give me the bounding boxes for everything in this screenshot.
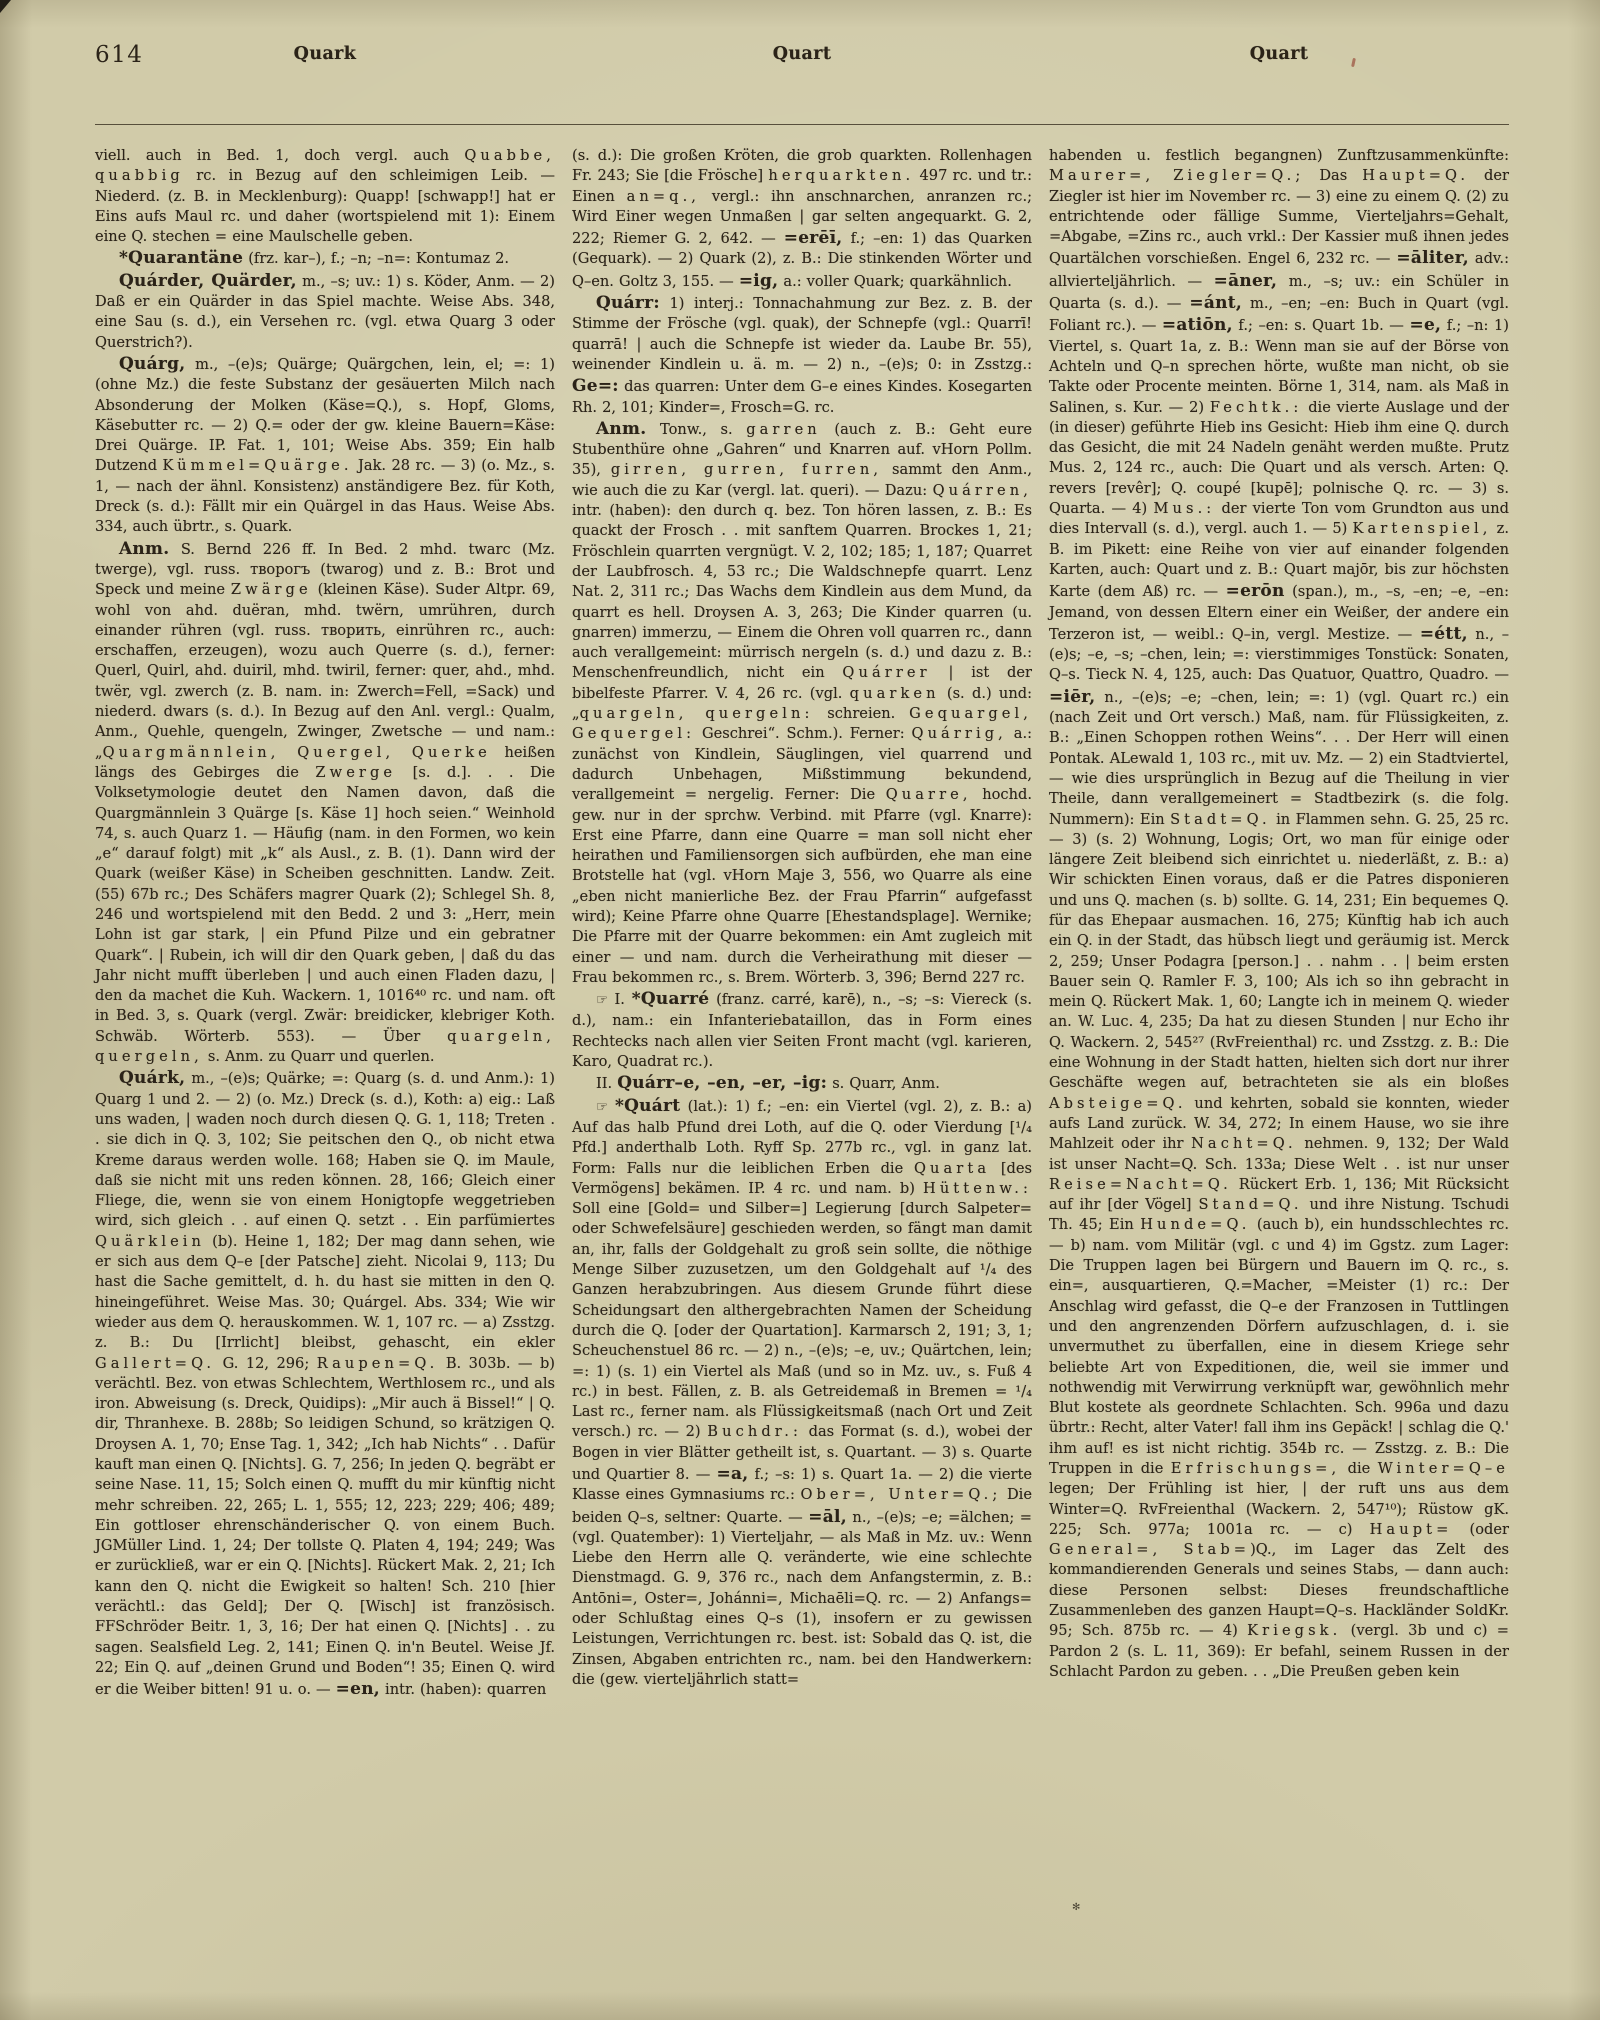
letterspaced-emphasis: Maurer=, Ziegler=Q.; (1049, 167, 1304, 184)
text-run: schreien. (813, 705, 909, 722)
text-run: die (1340, 1460, 1377, 1477)
headword: Quárg, (119, 353, 185, 373)
scan-corner-artifact (0, 0, 11, 13)
letterspaced-emphasis: Quärklein (95, 1233, 205, 1250)
headword: =atiōn, (1162, 314, 1233, 334)
text-run: a.: voller Quark; quarkähnlich. (778, 273, 1012, 290)
paragraph: II. Quárr–e, –en, –er, –ig: s. Quarr, An… (572, 1072, 1032, 1094)
letterspaced-emphasis: Raupen=Q. (317, 1355, 439, 1372)
letterspaced-emphasis: Absteige=Q. (1049, 1095, 1187, 1112)
headword: Quárr: (596, 292, 660, 312)
letterspaced-emphasis: herquarkten. (768, 167, 914, 184)
pointer-hand-icon: ☞ (596, 993, 614, 1008)
headword: Quárder, Quärder, (119, 270, 297, 290)
running-head-col2: Quart (572, 44, 1032, 70)
letterspaced-emphasis: Nacht=Q. (1191, 1135, 1297, 1152)
letterspaced-emphasis: Kartenspiel, (1353, 520, 1492, 537)
headword: Quárr–e, –en, –er, –ig: (617, 1072, 827, 1092)
letterspaced-emphasis: Haupt= (1370, 1521, 1453, 1538)
text-run: II. (596, 1075, 617, 1092)
text-run: Soll eine [Gold= und Silber=] Legierung … (572, 1200, 1032, 1440)
page-header: 614 Quark Quart Quart (95, 44, 1509, 70)
letterspaced-emphasis: quargeln, quergeln: (580, 705, 814, 722)
letterspaced-emphasis: Quárrer (842, 664, 930, 681)
dictionary-scan-page: 614 Quark Quart Quart viell. auch in Bed… (0, 0, 1600, 2020)
headword: =ig, (739, 270, 779, 290)
headword: =ánt, (1189, 292, 1242, 312)
paragraph: Anm. S. Bernd 226 ff. In Bed. 2 mhd. twa… (95, 538, 555, 1068)
headword: Anm. (596, 418, 646, 438)
letterspaced-emphasis: Quargmännlein, Quergel, Querke (103, 744, 491, 761)
text-run: (b). Heine 1, 182; Der mag dann sehen, w… (95, 1233, 555, 1351)
paragraph: habenden u. festlich begangnen) Zunftzus… (1049, 146, 1509, 1682)
text-run: B. 303b. — b) verächtl. Bez. von etwas S… (95, 1355, 555, 1699)
letterspaced-emphasis: Winter=Q–e (1378, 1460, 1509, 1477)
printers-mark: ✻ (1072, 1902, 1080, 1913)
letterspaced-emphasis: Quarta (914, 1160, 990, 1177)
running-heads: Quark Quart Quart (95, 44, 1509, 70)
text-run: intr. (haben): den durch q. bez. Ton hör… (572, 502, 1032, 681)
column-2: (s. d.): Die großen Kröten, die grob qua… (572, 146, 1032, 1690)
text-run: das quarren: Unter dem G–e eines Kindes.… (572, 378, 1032, 415)
paragraph: viell. auch in Bed. 1, doch vergl. auch … (95, 146, 555, 247)
letterspaced-emphasis: an=q., (627, 188, 700, 205)
text-run: n., –(e)s; –e; =älchen; = (vgl. Quatembe… (572, 1509, 1032, 1688)
text-run: G. 12, 296; (215, 1355, 317, 1372)
headword: Ge=: (572, 375, 619, 395)
letterspaced-emphasis: Zwerge (315, 764, 396, 781)
text-run: (kleinen Käse). Suder Altpr. 69, wohl vo… (95, 581, 555, 760)
headword: =iēr, (1049, 686, 1095, 706)
letterspaced-emphasis: Haupt=Q. (1362, 167, 1469, 184)
text-run: viell. auch in Bed. 1, doch vergl. auch (95, 147, 464, 164)
letterspaced-emphasis: Quarre, (886, 786, 972, 803)
paragraph: Quárg, m., –(e)s; Quärge; Quärgchen, lei… (95, 353, 555, 538)
text-run: s. Anm. zu Quarr und querlen. (203, 1048, 435, 1065)
headword: =āl, (808, 1506, 847, 1526)
letterspaced-emphasis: Kümmel=Quärge. (162, 457, 352, 474)
text-run: I. (614, 991, 631, 1008)
headword: =erēī, (784, 227, 843, 247)
letterspaced-emphasis: Fechtk.: (1210, 399, 1303, 416)
headword: Quárk, (119, 1067, 185, 1087)
letterspaced-emphasis: Quárrig, (912, 725, 1007, 742)
letterspaced-emphasis: Quárren, (933, 482, 1032, 499)
paragraph: ☞ *Quárt (lat.): 1) f.; –en: ein Viertel… (572, 1095, 1032, 1691)
running-head-col3: Quart (1049, 44, 1509, 70)
headword: =a, (716, 1463, 748, 1483)
headword: Anm. (119, 538, 169, 558)
paragraph: ☞ I. *Quarré (franz. carré, karē), n., –… (572, 988, 1032, 1072)
letterspaced-emphasis: garren (746, 421, 821, 438)
headword: *Quarré (632, 988, 710, 1008)
column-1: viell. auch in Bed. 1, doch vergl. auch … (95, 146, 555, 1701)
letterspaced-emphasis: Stand=Q. (1198, 1196, 1302, 1213)
paragraph: Quárk, m., –(e)s; Quärke; =: Quarg (s. d… (95, 1067, 555, 1700)
headword: =āliter, (1396, 247, 1469, 267)
text-run: intr. (haben): quarren (380, 1681, 546, 1698)
letterspaced-emphasis: Reise=Nacht=Q. (1049, 1176, 1232, 1193)
text-run: habenden u. festlich begangnen) Zunftzus… (1049, 147, 1509, 164)
text-run: f.; –en: s. Quart 1b. — (1233, 317, 1410, 334)
paragraph: Quárr: 1) interj.: Tonnachahmung zur Bez… (572, 292, 1032, 418)
letterspaced-emphasis: Gallert=Q. (95, 1355, 215, 1372)
text-run: m., –(e)s; Quärke; =: Quarg (s. d. und A… (95, 1070, 555, 1229)
letterspaced-emphasis: Kriegsk. (1247, 1622, 1341, 1639)
letterspaced-emphasis: General=, Stab= (1049, 1541, 1250, 1558)
text-run: in Flammen sehn. G. 25, 25 rc. — 3) (s. … (1049, 811, 1509, 1092)
headword: =étt, (1420, 623, 1468, 643)
letterspaced-emphasis: Stadt=Q. (1170, 811, 1271, 828)
paragraph: Quárder, Quärder, m., –s; uv.: 1) s. Köd… (95, 270, 555, 353)
text-run: Geschrei“. Schm.). Ferner: (695, 725, 911, 742)
text-run: hochd. gew. nur in der sprchw. Verbind. … (572, 786, 1032, 986)
letterspaced-emphasis: Hunde=Q. (1140, 1216, 1250, 1233)
letterspaced-emphasis: Zwärge (231, 581, 312, 598)
headword: *Quarantäne (119, 247, 243, 267)
paragraph: (s. d.): Die großen Kröten, die grob qua… (572, 146, 1032, 292)
pointer-hand-icon: ☞ (596, 1100, 615, 1115)
paragraph: *Quarantäne (frz. kar–), f.; –n; –n=: Ko… (95, 247, 555, 269)
text-run: Das (1304, 167, 1362, 184)
letterspaced-emphasis: Ober=, Unter=Q.; (800, 1486, 1001, 1503)
letterspaced-emphasis: Buchdr.: (707, 1423, 802, 1440)
text-run: (frz. kar–), f.; –n; –n=: Kontumaz 2. (243, 250, 509, 267)
paragraph: Anm. Tonw., s. garren (auch z. B.: Geht … (572, 418, 1032, 988)
headword: =erōn (1226, 580, 1285, 600)
headword: *Quárt (615, 1095, 680, 1115)
text-run: Tonw., s. (646, 421, 746, 438)
text-run: n., –(e)s; –e; –chen, lein; =: 1) (vgl. … (1049, 689, 1509, 828)
text-columns: viell. auch in Bed. 1, doch vergl. auch … (95, 146, 1509, 1701)
header-rule (95, 124, 1509, 125)
text-run: (oder (1452, 1521, 1509, 1538)
headword: =en, (336, 1678, 380, 1698)
column-3: habenden u. festlich begangnen) Zunftzus… (1049, 146, 1509, 1682)
letterspaced-emphasis: Mus.: (1153, 500, 1215, 517)
text-run: [s. d.]. . . Die Volksetymologie deutet … (95, 764, 555, 1045)
headword: =e, (1409, 314, 1441, 334)
letterspaced-emphasis: girren, gurren, furren, (611, 461, 882, 478)
text-run: s. Quarr, Anm. (827, 1075, 940, 1092)
text-run: (auch b), ein hundsschlechtes rc. — b) n… (1049, 1216, 1509, 1477)
letterspaced-emphasis: quarken (850, 685, 940, 702)
letterspaced-emphasis: Hüttenw.: (923, 1180, 1032, 1197)
running-head-col1: Quark (95, 44, 555, 70)
headword: =āner, (1214, 270, 1278, 290)
letterspaced-emphasis: Erfrischungs=, (1171, 1460, 1340, 1477)
